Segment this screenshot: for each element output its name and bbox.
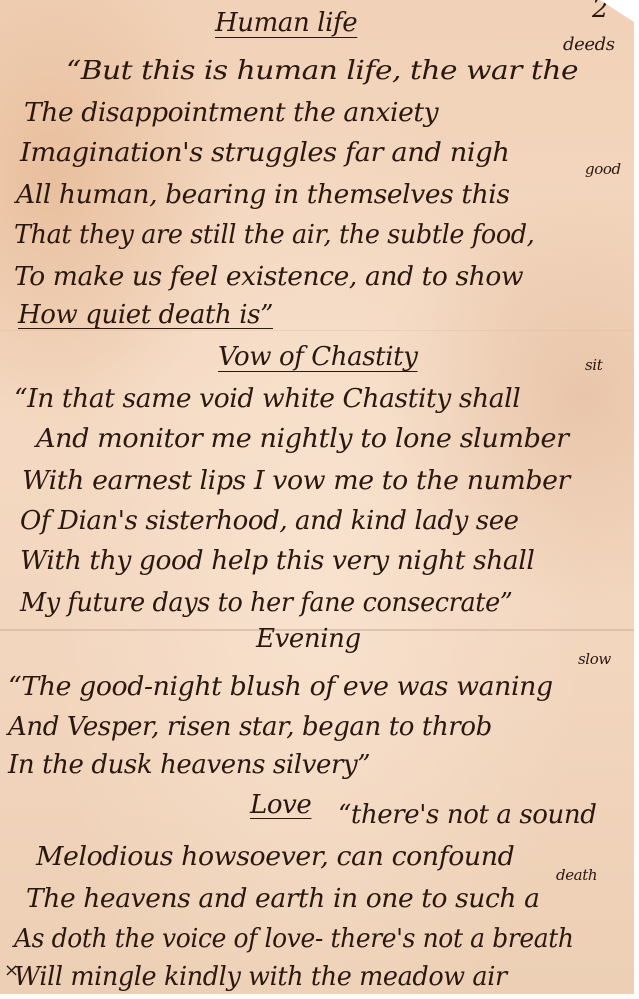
poem-line: With thy good help this very night shall [20, 546, 534, 576]
paper-fold [0, 330, 634, 331]
poem-line: As doth the voice of love- there's not a… [14, 924, 574, 954]
poem-line: “The good-night blush of eve was waning [8, 672, 553, 702]
poem-line: In the dusk heavens silvery” [8, 750, 370, 780]
section-title-vow-of-chastity: Vow of Chastity [218, 342, 418, 372]
poem-line: With earnest lips I vow me to the number [22, 466, 570, 496]
interlinear-note: sit [585, 356, 602, 374]
poem-line: “there's not a sound [338, 800, 596, 830]
poem-line: My future days to her fane consecrate” [20, 588, 512, 618]
section-title-human-life: Human life [215, 8, 357, 38]
section-title-love: Love [250, 790, 311, 820]
poem-line: How quiet death is” [18, 300, 273, 330]
interlinear-note: slow [578, 650, 611, 668]
interlinear-note: good [585, 160, 621, 178]
poem-line: And Vesper, risen star, began to throb [8, 712, 492, 742]
poem-line: That they are still the air, the subtle … [14, 220, 534, 250]
manuscript-page: 2 deeds Human life “But this is human li… [0, 0, 635, 994]
poem-line: The heavens and earth in one to such a [26, 884, 540, 914]
poem-line: The disappointment the anxiety [24, 98, 438, 128]
poem-line: Will mingle kindly with the meadow air [14, 962, 507, 992]
page-number: 2 [592, 0, 608, 24]
poem-line: “But this is human life, the war the [66, 56, 578, 86]
poem-line: Imagination's struggles far and nigh [20, 138, 509, 168]
section-title-evening: Evening [256, 624, 361, 654]
poem-line: “In that same void white Chastity shall [14, 384, 520, 414]
poem-line: All human, bearing in themselves this [16, 180, 510, 210]
poem-line: To make us feel existence, and to show [14, 262, 523, 292]
poem-line: And monitor me nightly to lone slumber [36, 424, 569, 454]
margin-note: deeds [563, 34, 615, 55]
poem-line: Melodious howsoever, can confound [36, 842, 514, 872]
interlinear-note: death [556, 866, 597, 884]
poem-line: Of Dian's sisterhood, and kind lady see [20, 506, 519, 536]
